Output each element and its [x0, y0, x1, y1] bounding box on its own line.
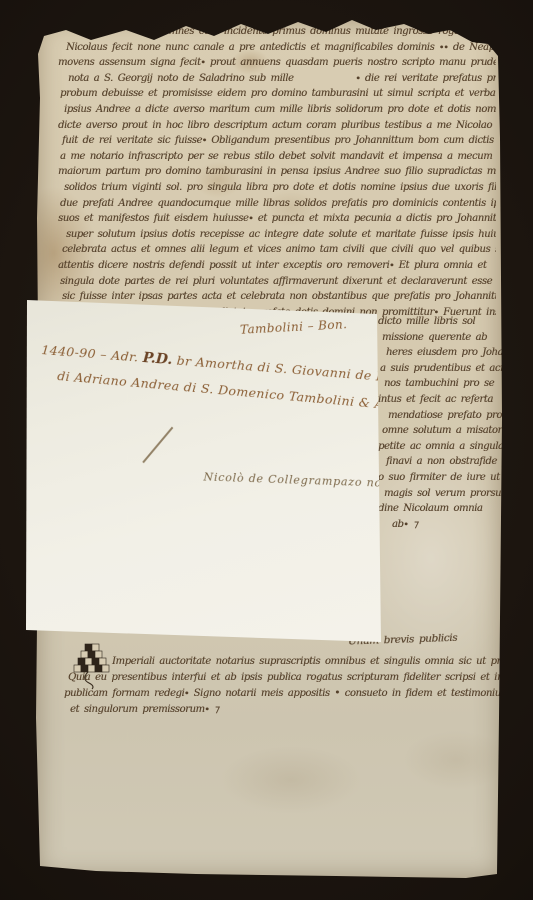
manuscript-line: suos et manifestos fuit eisdem huiusse∙ … [58, 211, 496, 227]
manuscript-line: dicte averso prout in hoc libro descript… [58, 118, 496, 134]
manuscript-right-column: dicto mille libris sol missione querente… [378, 314, 504, 532]
manuscript-line-fragment: mendatiose prefato pro [378, 408, 504, 424]
manuscript-line-fragment: o suo firmiter de iure ut [378, 470, 504, 486]
manuscript-line: probum debuisse et promisisse eidem pro … [58, 86, 496, 102]
note-pd-mark: P.D. [142, 350, 173, 368]
manuscript-line: et singulorum premissorum∙ ⁊ [60, 702, 370, 718]
manuscript-line-fragment: dine Nicolaum omnia [378, 501, 504, 517]
manuscript-line-fragment: ab∙ ⁊ [378, 517, 504, 533]
manuscript-line: singula dote partes de rei pluri volunta… [58, 274, 496, 290]
manuscript-line: sic fuisse inter ipsas partes acta et ce… [58, 289, 496, 305]
manuscript-line-fragment: missione querente ab [378, 330, 504, 346]
photo-stage: omnes cum incidente primus dominus mutat… [0, 0, 533, 900]
signature-flourish [142, 427, 173, 463]
note-signature: Nicolò de Collegrampazo not. [163, 438, 393, 506]
manuscript-line: Quia eu presentibus interfui et ab ipsis… [60, 670, 504, 686]
manuscript-line: movens assensum signa fecit∙ prout annue… [58, 55, 496, 71]
manuscript-line: ipsius Andree a dicte averso maritum cum… [58, 102, 496, 118]
manuscript-line-fragment: dicto mille libris sol [378, 314, 504, 330]
manuscript-line-fragment: magis sol verum prorsus [378, 486, 504, 502]
manuscript-line: attentis dicere nostris defendi possit u… [58, 258, 496, 274]
manuscript-top-block: omnes cum incidente primus dominus mutat… [58, 24, 496, 320]
manuscript-line: nota a S. Georgij noto de Saladrino sub … [58, 71, 496, 87]
manuscript-line: Imperiali auctoritate notarius suprascri… [60, 654, 533, 670]
manuscript-line: Nicolaus fecit none nunc canale a pre an… [58, 40, 496, 56]
note-heading: Tambolini – Bon. [240, 317, 348, 338]
manuscript-line-fragment: nos tambuchini pro se [378, 376, 504, 392]
manuscript-line-fragment: omne solutum a misatoria [378, 423, 504, 439]
signature-text: Nicolò de Collegrampazo not. [189, 470, 391, 490]
manuscript-line: super solutum ipsius dotis recepisse ac … [58, 227, 496, 243]
manuscript-line: solidos trium viginti sol. pro singula l… [58, 180, 496, 196]
manuscript-line: celebrata actus et omnes alii legum et v… [58, 242, 496, 258]
manuscript-line: publicam formam redegi∙ Signo notarii me… [60, 686, 500, 702]
manuscript-line: fuit de rei veritate sic fuisse∙ Obligan… [58, 133, 496, 149]
manuscript-line-fragment: a suis prudentibus et acre [378, 361, 504, 377]
archivist-note-paper: Tambolini – Bon. 1440-90 – Adr. P.D. br … [24, 292, 384, 644]
manuscript-line: omnes cum incidente primus dominus mutat… [58, 24, 496, 40]
manuscript-line-fragment: petite ac omnia a singula [378, 439, 504, 455]
manuscript-line-fragment: intus et fecit ac referta [378, 392, 504, 408]
manuscript-bottom-block: Unum brevis publicis Imperiali auctorita… [60, 630, 496, 740]
manuscript-line: a me notario infrascripto per se rebus s… [58, 149, 496, 165]
note-date-range: 1440-90 – Adr. [41, 342, 144, 365]
manuscript-line: maiorum partum pro domino tamburasini in… [58, 164, 496, 180]
manuscript-line: due prefati Andree quandocumque mille li… [58, 196, 496, 212]
manuscript-line-fragment: finavi a non obstrafide [378, 454, 504, 470]
manuscript-line-fragment: heres eiusdem pro Joha— [378, 345, 504, 361]
